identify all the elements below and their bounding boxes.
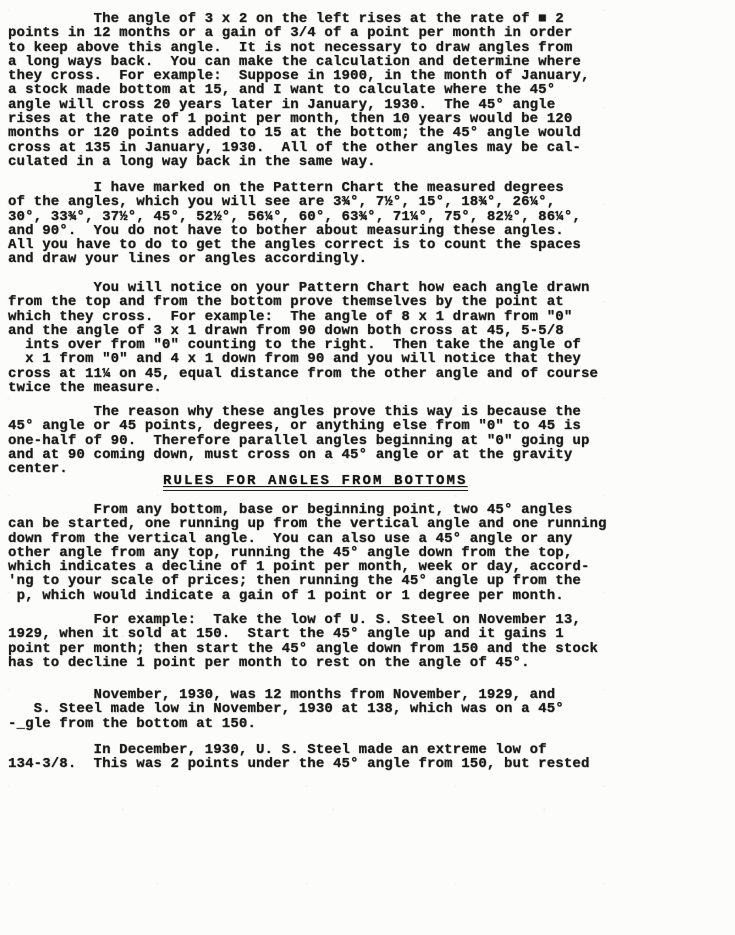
paragraph-angles-prove-by-crossing: You will notice on your Pattern Chart ho…	[8, 281, 733, 395]
paragraph-reason-45-gravity-center: The reason why these angles prove this w…	[8, 405, 733, 476]
paragraph-two-45-angles-from-bottom: From any bottom, base or beginning point…	[8, 503, 733, 603]
document-page: The angle of 3 x 2 on the left rises at …	[0, 0, 735, 935]
paragraph-pattern-chart-degrees: I have marked on the Pattern Chart the m…	[8, 181, 733, 267]
paragraph-us-steel-december-1930: In December, 1930, U. S. Steel made an e…	[8, 743, 733, 772]
paragraph-angle-3x2-example: The angle of 3 x 2 on the left rises at …	[8, 12, 733, 169]
section-heading-rules-for-angles-from-bottoms: RULES FOR ANGLES FROM BOTTOMS	[163, 474, 468, 491]
paragraph-us-steel-november-1930: November, 1930, was 12 months from Novem…	[8, 688, 733, 731]
paragraph-us-steel-november-1929: For example: Take the low of U. S. Steel…	[8, 613, 733, 670]
